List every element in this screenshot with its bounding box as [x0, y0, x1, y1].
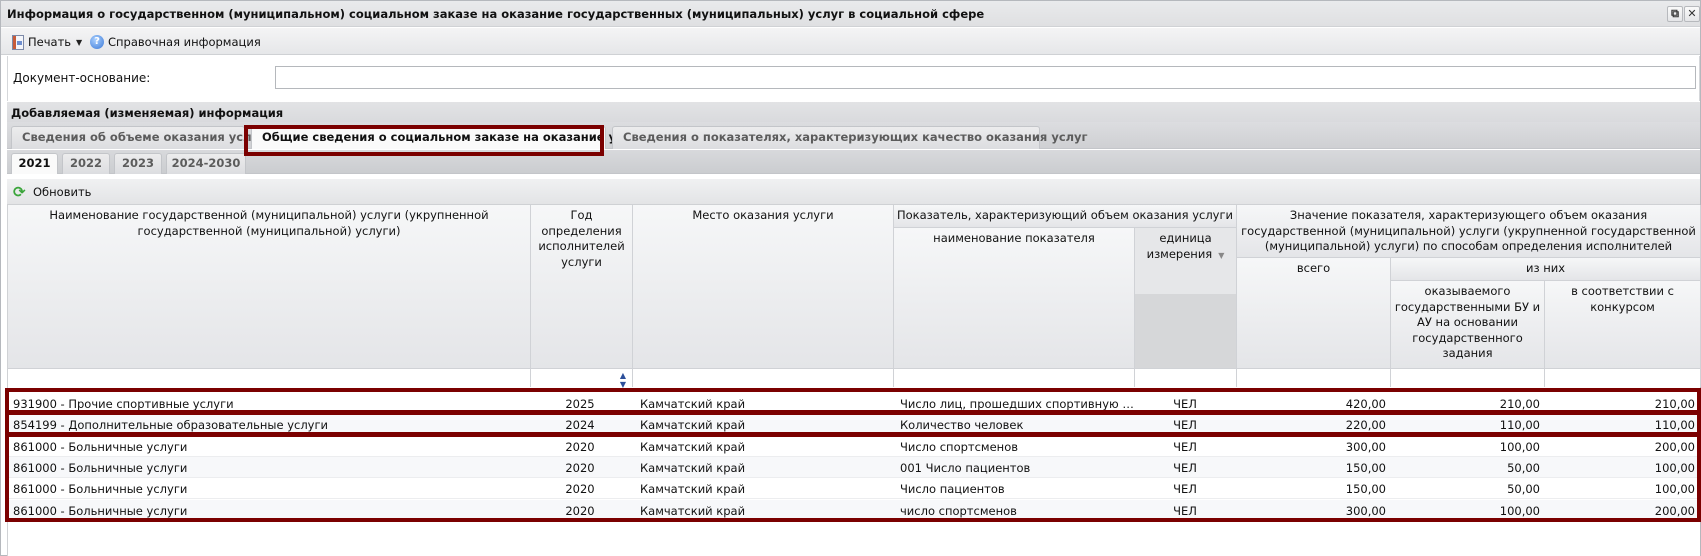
- tab-year-2023[interactable]: 2023: [114, 153, 162, 174]
- cell-konkurs: 100,00: [1548, 461, 1695, 475]
- spinner-down-icon[interactable]: ▼: [616, 380, 630, 389]
- tab-year-2022[interactable]: 2022: [62, 153, 110, 174]
- cell-service-name: 861000 - Больничные услуги: [13, 461, 533, 475]
- main-toolbar: Печать ▼ ? Справочная информация: [1, 28, 1700, 55]
- section-title: Добавляемая (изменяемая) информация: [11, 106, 283, 120]
- table-row[interactable]: 861000 - Больничные услуги2020Камчатский…: [8, 457, 1698, 478]
- cell-bu-au: 110,00: [1393, 418, 1540, 432]
- cell-place: Камчатский край: [640, 397, 880, 411]
- header-total[interactable]: всего: [1237, 258, 1391, 369]
- header-indicator-name[interactable]: наименование показателя: [894, 228, 1135, 369]
- table-row[interactable]: 861000 - Больничные услуги2020Камчатский…: [8, 478, 1698, 499]
- help-button[interactable]: ? Справочная информация: [90, 33, 261, 51]
- document-basis-row: Документ-основание:: [7, 56, 1700, 101]
- cell-place: Камчатский край: [640, 504, 880, 518]
- cell-place: Камчатский край: [640, 461, 880, 475]
- cell-konkurs: 110,00: [1548, 418, 1695, 432]
- document-basis-input[interactable]: [275, 66, 1696, 89]
- cell-konkurs: 200,00: [1548, 504, 1695, 518]
- refresh-icon: ⟳: [13, 184, 29, 200]
- chevron-down-icon: ▼: [76, 38, 82, 47]
- cell-indicator: Число пациентов: [900, 482, 1135, 496]
- filter-bu-au[interactable]: [1391, 369, 1545, 387]
- cell-indicator: Число спортсменов: [900, 440, 1135, 454]
- year-filter-spinner[interactable]: ▲ ▼: [616, 371, 630, 389]
- cell-service-name: 861000 - Больничные услуги: [13, 440, 533, 454]
- restore-icon[interactable]: ⧉: [1667, 6, 1683, 22]
- cell-indicator: 001 Число пациентов: [900, 461, 1135, 475]
- sort-arrow-icon[interactable]: ▼: [1218, 251, 1224, 260]
- cell-konkurs: 100,00: [1548, 482, 1695, 496]
- header-year[interactable]: Год определения исполнителей услуги: [531, 205, 633, 369]
- document-basis-label: Документ-основание:: [13, 71, 150, 85]
- tab-general[interactable]: Общие сведения о социальном заказе на ок…: [251, 126, 606, 149]
- cell-year: 2020: [530, 504, 630, 518]
- header-unit-label: единица измерения: [1147, 231, 1213, 261]
- cell-unit: ЧЕЛ: [1135, 397, 1235, 411]
- cell-konkurs: 210,00: [1548, 397, 1695, 411]
- refresh-label: Обновить: [33, 185, 91, 199]
- table-row[interactable]: 861000 - Больничные услуги2020Камчатский…: [8, 436, 1698, 457]
- cell-year: 2024: [530, 418, 630, 432]
- filter-indicator[interactable]: [894, 369, 1135, 387]
- cell-total: 300,00: [1238, 440, 1386, 454]
- header-value-group: Значение показателя, характеризующего об…: [1237, 205, 1701, 258]
- cell-total: 300,00: [1238, 504, 1386, 518]
- cell-unit: ЧЕЛ: [1135, 461, 1235, 475]
- cell-bu-au: 50,00: [1393, 461, 1540, 475]
- cell-bu-au: 100,00: [1393, 504, 1540, 518]
- header-unit[interactable]: единица измерения▼: [1135, 228, 1237, 369]
- filter-konkurs[interactable]: [1545, 369, 1701, 387]
- year-tabs: 2021 2022 2023 2024-2030: [7, 150, 1700, 174]
- cell-year: 2020: [530, 440, 630, 454]
- tab-year-2024-2030[interactable]: 2024-2030: [166, 153, 246, 174]
- cell-service-name: 861000 - Больничные услуги: [13, 504, 533, 518]
- cell-unit: ЧЕЛ: [1135, 504, 1235, 518]
- cell-year: 2025: [530, 397, 630, 411]
- window-titlebar: Информация о государственном (муниципаль…: [1, 1, 1700, 27]
- cell-bu-au: 100,00: [1393, 440, 1540, 454]
- cell-konkurs: 200,00: [1548, 440, 1695, 454]
- cell-unit: ЧЕЛ: [1135, 482, 1235, 496]
- cell-place: Камчатский край: [640, 440, 880, 454]
- grid-toolbar: ⟳ Обновить: [7, 179, 1700, 205]
- data-grid: Наименование государственной (муниципаль…: [7, 205, 1700, 556]
- close-icon[interactable]: ✕: [1684, 6, 1700, 22]
- cell-indicator: Число лиц, прошедших спортивную подго...: [900, 397, 1135, 411]
- header-indicator-group: Показатель, характеризующий объем оказан…: [894, 205, 1237, 228]
- filter-unit[interactable]: [1135, 369, 1237, 387]
- cell-total: 150,00: [1238, 461, 1386, 475]
- header-place[interactable]: Место оказания услуги: [633, 205, 894, 369]
- window-title: Информация о государственном (муниципаль…: [7, 7, 984, 21]
- cell-place: Камчатский край: [640, 418, 880, 432]
- print-label: Печать: [28, 35, 71, 49]
- filter-service-name[interactable]: [8, 369, 531, 387]
- cell-unit: ЧЕЛ: [1135, 418, 1235, 432]
- header-of-them: из них: [1391, 258, 1701, 281]
- filter-place[interactable]: [633, 369, 894, 387]
- tab-volume[interactable]: Сведения об объеме оказания услуг: [11, 126, 245, 149]
- help-icon: ?: [90, 35, 104, 49]
- cell-year: 2020: [530, 461, 630, 475]
- tab-year-2021[interactable]: 2021: [11, 153, 58, 174]
- table-row[interactable]: 931900 - Прочие спортивные услуги2025Кам…: [8, 393, 1698, 414]
- cell-bu-au: 50,00: [1393, 482, 1540, 496]
- tab-quality[interactable]: Сведения о показателях, характеризующих …: [612, 126, 1040, 149]
- cell-bu-au: 210,00: [1393, 397, 1540, 411]
- print-icon: [12, 35, 24, 50]
- cell-unit: ЧЕЛ: [1135, 440, 1235, 454]
- spinner-up-icon[interactable]: ▲: [616, 371, 630, 380]
- cell-place: Камчатский край: [640, 482, 880, 496]
- section-header: Добавляемая (изменяемая) информация: [7, 102, 1700, 122]
- cell-indicator: Количество человек: [900, 418, 1135, 432]
- cell-total: 220,00: [1238, 418, 1386, 432]
- social-order-window: Информация о государственном (муниципаль…: [0, 0, 1701, 556]
- main-tabs: Сведения об объеме оказания услуг Общие …: [7, 122, 1700, 149]
- filter-row: [8, 369, 1701, 387]
- header-bu-au[interactable]: оказываемого государственными БУ и АУ на…: [1391, 281, 1545, 369]
- header-service-name[interactable]: Наименование государственной (муниципаль…: [8, 205, 531, 369]
- header-konkurs[interactable]: в соответствии с конкурсом: [1545, 281, 1701, 369]
- table-row[interactable]: 854199 - Дополнительные образовательные …: [8, 414, 1698, 435]
- filter-total[interactable]: [1237, 369, 1391, 387]
- refresh-button[interactable]: ⟳ Обновить: [13, 184, 91, 200]
- cell-total: 150,00: [1238, 482, 1386, 496]
- cell-service-name: 854199 - Дополнительные образовательные …: [13, 418, 533, 432]
- table-row[interactable]: 861000 - Больничные услуги2020Камчатский…: [8, 500, 1698, 521]
- cell-total: 420,00: [1238, 397, 1386, 411]
- cell-indicator: число спортсменов: [900, 504, 1135, 518]
- cell-service-name: 931900 - Прочие спортивные услуги: [13, 397, 533, 411]
- help-label: Справочная информация: [108, 35, 261, 49]
- cell-service-name: 861000 - Больничные услуги: [13, 482, 533, 496]
- cell-year: 2020: [530, 482, 630, 496]
- print-button[interactable]: Печать ▼: [12, 33, 82, 51]
